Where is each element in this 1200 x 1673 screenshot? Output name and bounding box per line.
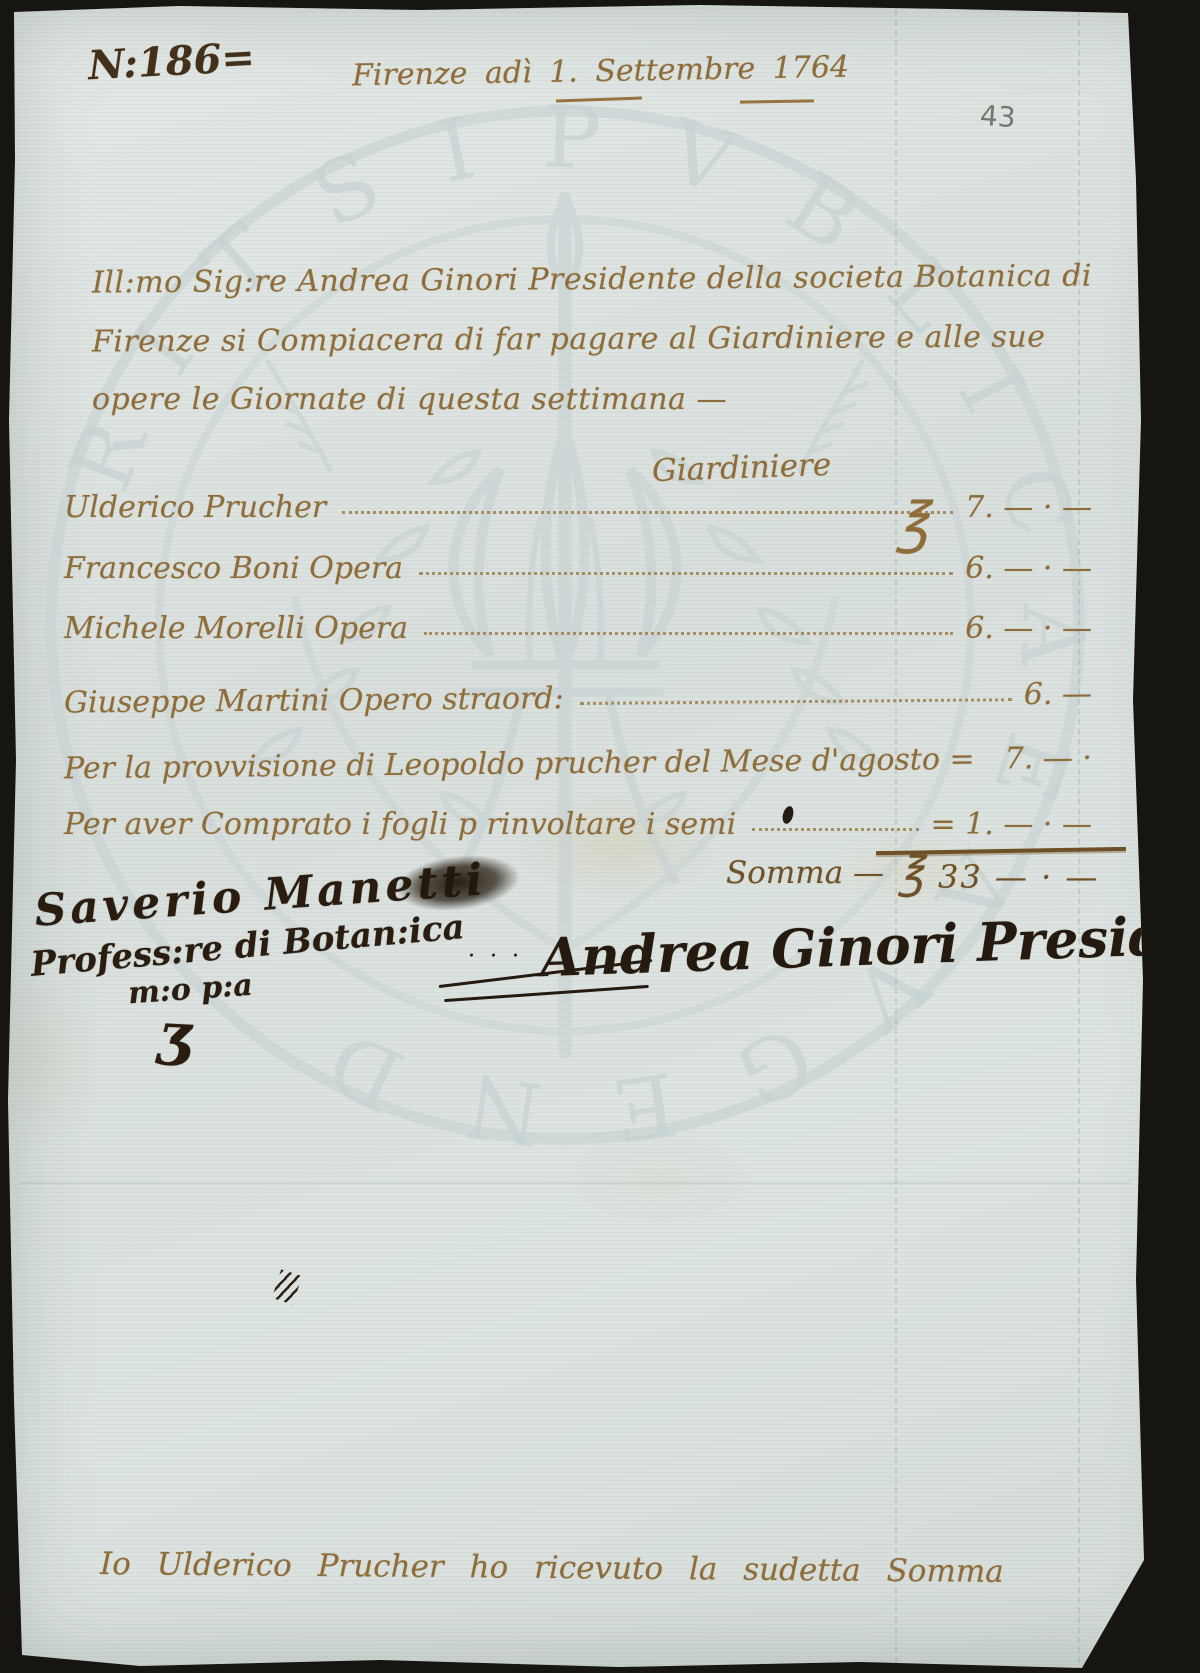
ledger-row: Per la provvisione di Leopoldo prucher d… — [64, 741, 1092, 787]
body-line: opere le Giornate di questa settimana — — [92, 382, 727, 417]
ledger-row: Francesco Boni Opera 6. — · — — [64, 551, 1092, 586]
somma-label: Somma — — [726, 855, 884, 891]
ink-mark — [272, 1269, 302, 1304]
fold-crease — [20, 1182, 1130, 1184]
signature-flourish-dots: · · · — [468, 944, 523, 969]
signature-andrea-ginori: Andrea Ginori Presid: — [539, 905, 1186, 989]
dotted-leader — [424, 632, 953, 635]
dotted-leader — [342, 511, 953, 514]
body-line: Firenze si Compiacera di far pagare al G… — [92, 320, 1046, 360]
ledger-label: Giuseppe Martini Opero straord: — [64, 681, 564, 720]
scanned-document: R I T S I P V B L I C A E A V G E N D N:… — [0, 0, 1200, 1673]
ledger-amount: 7. — · — — [965, 490, 1092, 525]
dateline: Firenze adì 1. Settembre 1764 — [352, 50, 850, 94]
ledger-label: Francesco Boni Opera — [64, 551, 403, 586]
document-number: N:186= — [87, 34, 256, 90]
dotted-leader — [580, 698, 1012, 705]
dotted-leader — [752, 828, 918, 831]
ledger-amount: 6. — · — — [965, 551, 1092, 586]
ledger-label: Ulderico Prucher — [64, 490, 326, 525]
section-heading: Giardiniere — [651, 447, 831, 489]
pencil-folio-number: 43 — [979, 99, 1017, 134]
dotted-leader — [419, 572, 953, 575]
ledger-row: Michele Morelli Opera 6. — · — — [64, 611, 1092, 646]
receipt-line: Io Ulderico Prucher ho ricevuto la sudet… — [100, 1546, 1004, 1590]
signature-flourish: ʒ — [156, 999, 192, 1069]
ledger-label: Per aver Comprato i fogli p rinvoltare i… — [64, 807, 736, 842]
ledger-row: Per aver Comprato i fogli p rinvoltare i… — [64, 807, 1092, 842]
ledger-row: Ulderico Prucher 7. — · — — [64, 490, 1092, 525]
somma-currency-symbol: ℥ — [898, 852, 923, 896]
paper-sheet: R I T S I P V B L I C A E A V G E N D N:… — [0, 0, 1200, 1673]
ledger-amount: = 1. — · — — [931, 807, 1092, 842]
ledger-amount: 6. — — [1024, 677, 1092, 713]
dateline-underline — [556, 97, 642, 103]
dateline-underline — [740, 99, 814, 103]
somma-value: 33 — · — — [938, 858, 1099, 896]
ledger-amount: 6. — · — — [965, 611, 1092, 646]
ledger-label: Per la provvisione di Leopoldo prucher d… — [64, 742, 975, 787]
ledger-amount: 7. — · — [1005, 741, 1093, 777]
ledger-label: Michele Morelli Opera — [64, 611, 408, 646]
body-line: Ill:mo Sig:re Andrea Ginori Presidente d… — [92, 259, 1092, 301]
ledger-row: Giuseppe Martini Opero straord: 6. — — [64, 677, 1092, 721]
currency-symbol: ℥ — [896, 496, 928, 552]
